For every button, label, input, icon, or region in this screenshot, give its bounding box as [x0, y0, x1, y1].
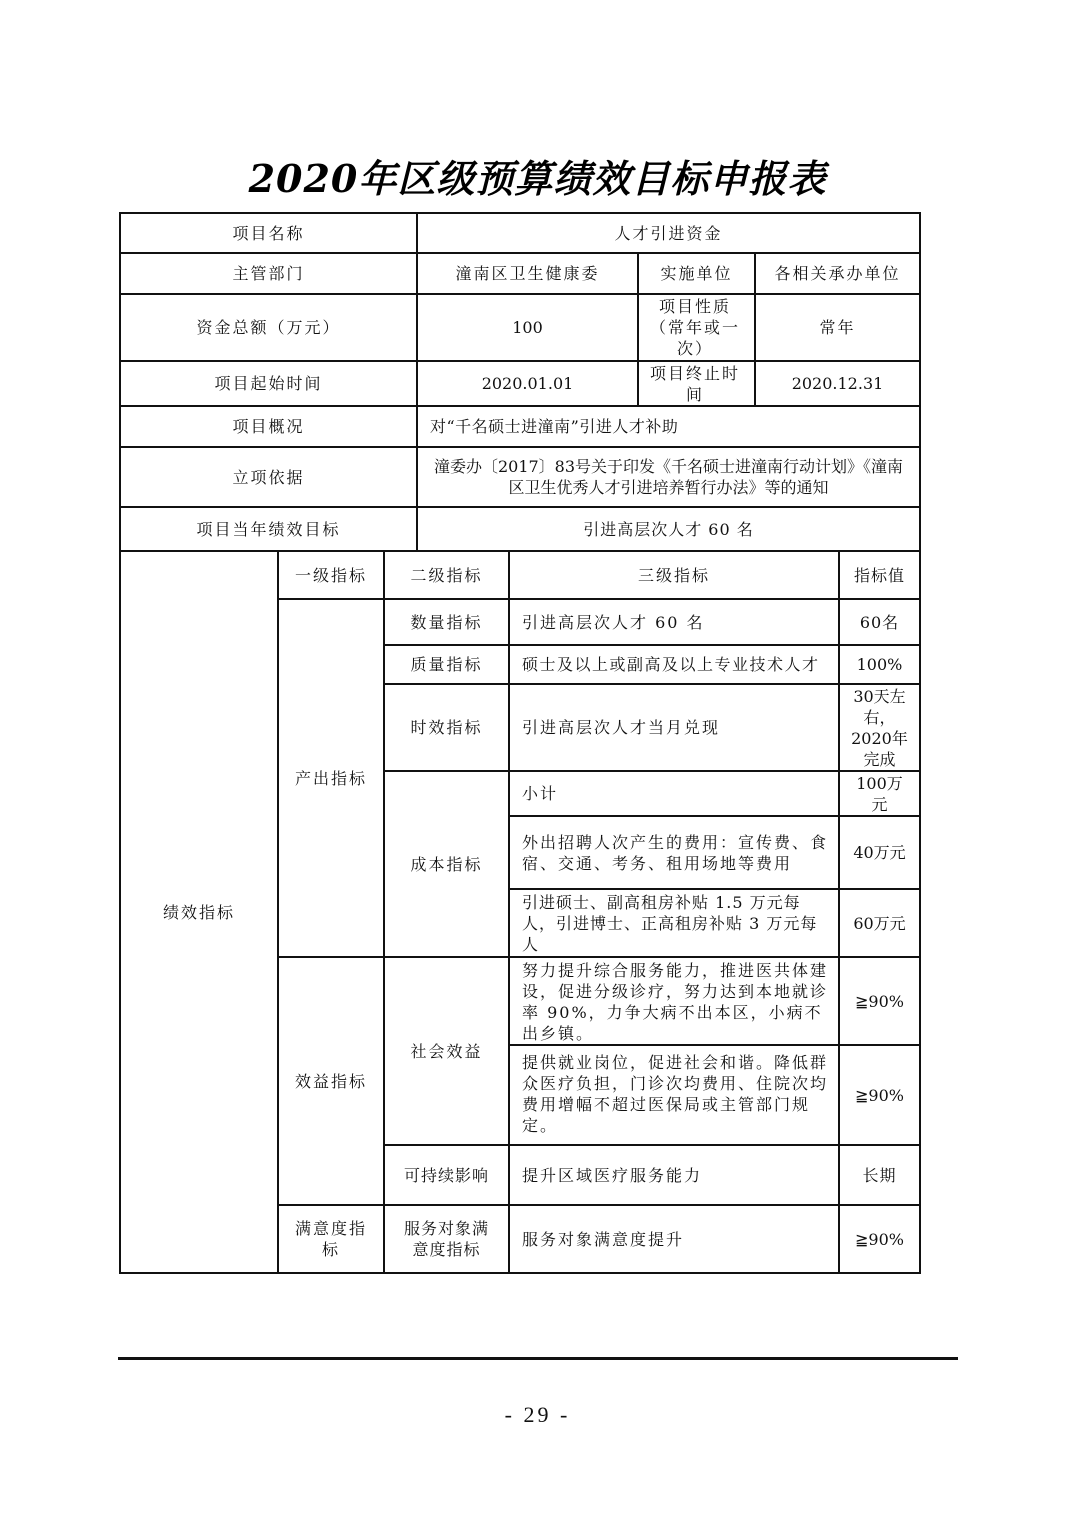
level3-row-7: 努力提升综合服务能力，推进医共体建设，促进分级诊疗，努力达到本地就诊率 90%，… — [510, 958, 838, 1044]
goal-label: 项目当年绩效目标 — [121, 508, 416, 550]
header-level1: 一级指标 — [279, 552, 383, 598]
value-row-7: ≧90% — [840, 958, 919, 1044]
level2-quantity: 数量指标 — [385, 600, 508, 644]
basis-label: 立项依据 — [121, 448, 416, 506]
level2-cost: 成本指标 — [385, 772, 508, 956]
level2-timeliness: 时效指标 — [385, 685, 508, 770]
impl-unit-value: 各相关承办单位 — [756, 254, 919, 293]
header-value: 指标值 — [840, 552, 919, 598]
level3-row-9: 提升区域医疗服务能力 — [510, 1146, 838, 1204]
level1-satisfaction: 满意度指标 — [285, 1206, 377, 1272]
level2-sustainable: 可持续影响 — [385, 1146, 508, 1204]
level3-row-4: 小计 — [510, 772, 838, 815]
level1-output: 产出指标 — [279, 600, 383, 956]
table-border-right — [919, 212, 921, 1274]
level3-row-6: 引进硕士、副高租房补贴 1.5 万元每人，引进博士、正高租房补贴 3 万元每人 — [510, 890, 838, 956]
end-date-label: 项目终止时间 — [645, 362, 745, 405]
footer-rule — [118, 1357, 958, 1360]
header-level3: 三级指标 — [510, 552, 838, 598]
value-row-8: ≧90% — [840, 1046, 919, 1144]
overview-value: 对“千名硕士进潼南”引进人才补助 — [418, 407, 919, 446]
start-date-label: 项目起始时间 — [121, 362, 416, 405]
fund-value: 100 — [418, 295, 637, 360]
level2-service-satisfaction: 服务对象满意度指标 — [392, 1206, 501, 1272]
overview-label: 项目概况 — [121, 407, 416, 446]
project-name-value: 人才引进资金 — [418, 214, 919, 252]
impl-unit-label: 实施单位 — [639, 254, 754, 293]
header-level2: 二级指标 — [385, 552, 508, 598]
nature-value: 常年 — [756, 295, 919, 360]
value-row-10: ≧90% — [840, 1206, 919, 1272]
page-number: - 29 - — [0, 1402, 1075, 1428]
level3-row-10: 服务对象满意度提升 — [510, 1206, 838, 1272]
level3-row-8: 提供就业岗位，促进社会和谐。降低群众医疗负担，门诊次均费用、住院次均费用增幅不超… — [510, 1046, 838, 1144]
level3-row-1: 引进高层次人才 60 名 — [510, 600, 838, 644]
start-date-value: 2020.01.01 — [418, 362, 637, 405]
value-row-3: 30天左右，2020年完成 — [846, 685, 913, 770]
dept-label: 主管部门 — [121, 254, 416, 293]
level1-benefit: 效益指标 — [279, 958, 383, 1204]
level2-social: 社会效益 — [385, 958, 508, 1144]
level3-row-3: 引进高层次人才当月兑现 — [510, 685, 838, 770]
value-row-5: 40万元 — [840, 817, 919, 888]
level2-quality: 质量指标 — [385, 646, 508, 683]
basis-value: 潼委办〔2017〕83号关于印发《千名硕士进潼南行动计划》《潼南区卫生优秀人才引… — [418, 448, 919, 506]
end-date-value: 2020.12.31 — [756, 362, 919, 405]
value-row-9: 长期 — [840, 1146, 919, 1204]
performance-indicators-label: 绩效指标 — [121, 552, 277, 1272]
table-border-bottom — [119, 1272, 921, 1274]
project-name-label: 项目名称 — [121, 214, 416, 252]
level3-row-5: 外出招聘人次产生的费用：宣传费、食宿、交通、考务、租用场地等费用 — [510, 817, 838, 888]
goal-value: 引进高层次人才 60 名 — [418, 508, 919, 550]
value-row-1: 60名 — [840, 600, 919, 644]
nature-label: 项目性质（常年或一次） — [645, 295, 745, 360]
fund-label: 资金总额（万元） — [121, 295, 416, 360]
document-title: 2020年区级预算绩效目标申报表 — [0, 148, 1075, 203]
value-row-6: 60万元 — [840, 890, 919, 956]
value-row-2: 100% — [840, 646, 919, 683]
dept-value: 潼南区卫生健康委 — [418, 254, 637, 293]
level3-row-2: 硕士及以上或副高及以上专业技术人才 — [510, 646, 838, 683]
value-row-4: 100万元 — [846, 772, 913, 815]
